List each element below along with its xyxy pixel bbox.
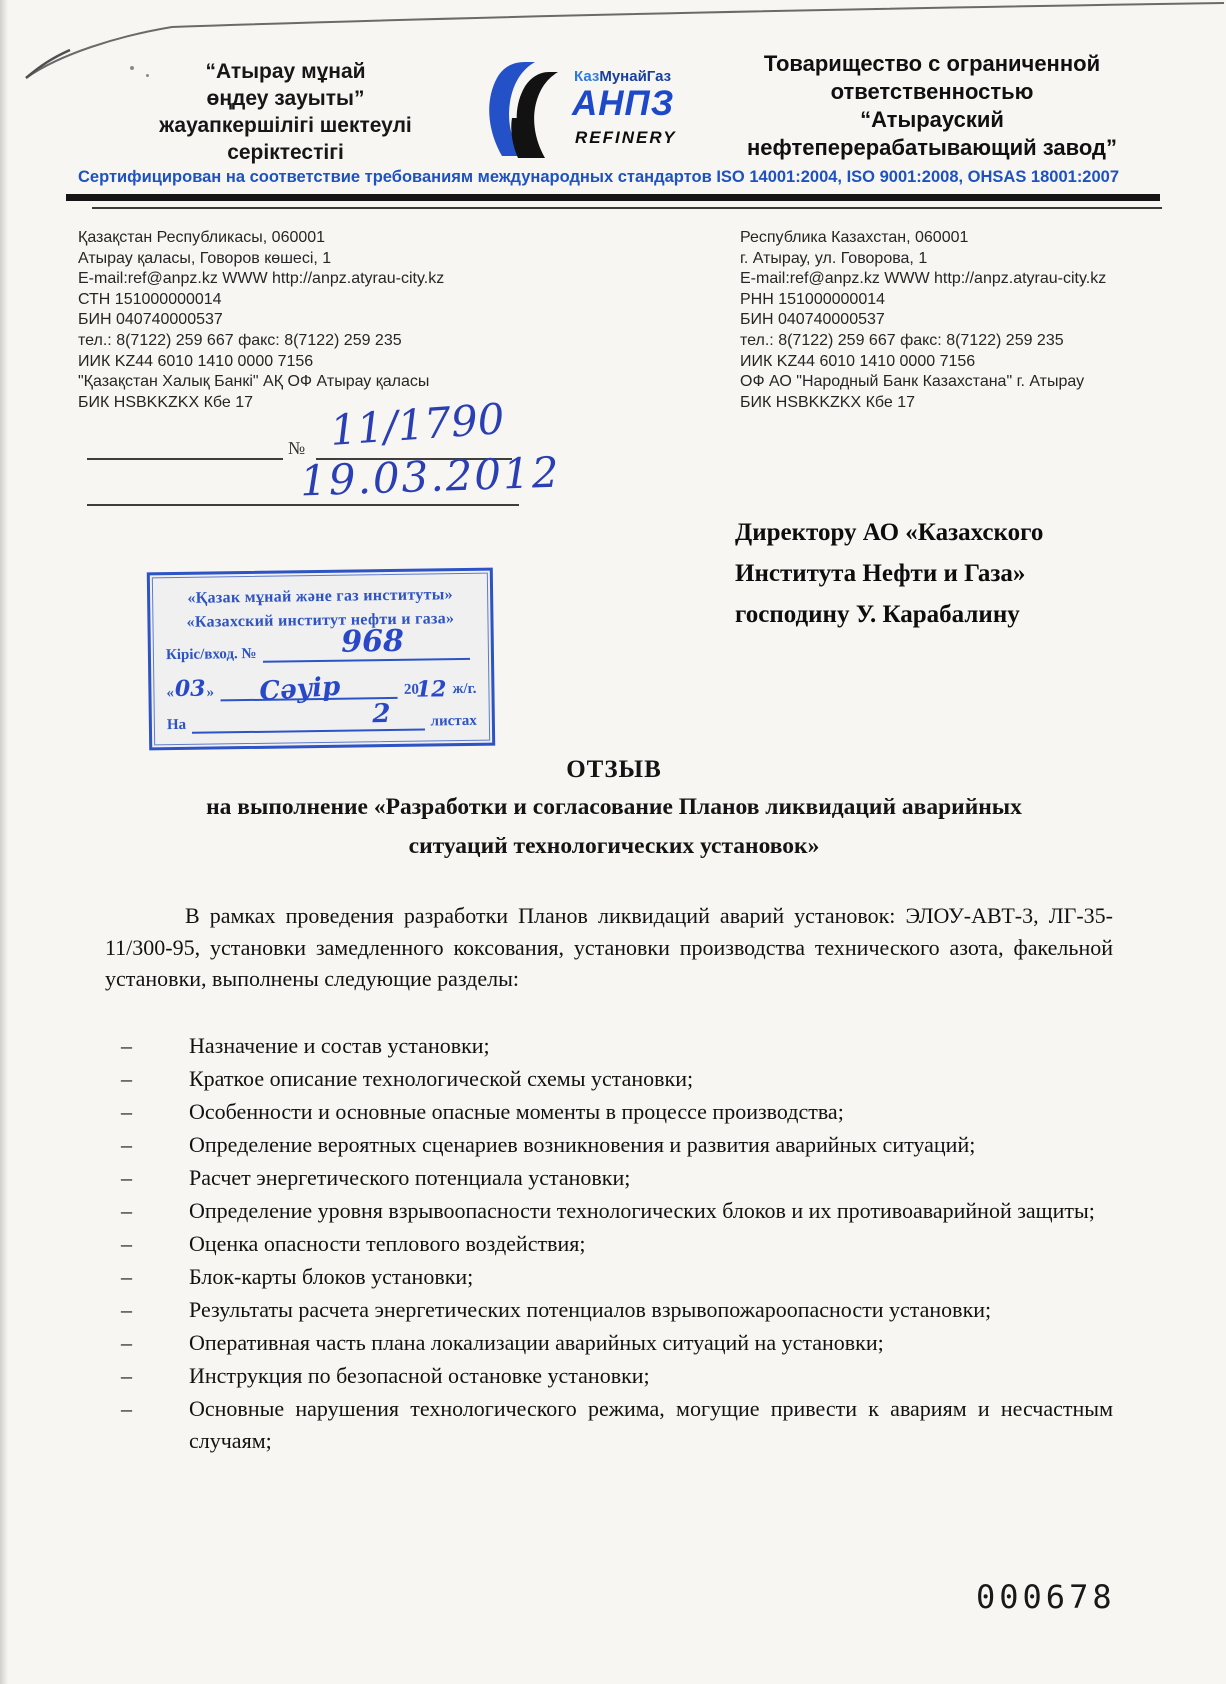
stamp-reg-label: Кіріс/вход. № (166, 646, 257, 664)
incoming-stamp: «Қазак мұнай және газ институты» «Казахс… (147, 568, 495, 751)
list-item: –Оперативная часть плана локализации ава… (105, 1327, 1113, 1359)
list-item-text: Определение уровня взрывоопасности техно… (189, 1195, 1113, 1227)
contacts-kazakh-column: Қазақстан Республикасы, 060001 Атырау қа… (78, 228, 558, 413)
kazmunaygas-logo-icon (482, 60, 564, 160)
contact-line: РНН 151000000014 (740, 290, 1220, 311)
logo-anpz-text: АНПЗ (572, 84, 674, 124)
ref-blank-line (87, 438, 283, 460)
ref-date-handwritten: 19.03.2012 (299, 447, 561, 505)
list-item-text: Инструкция по безопасной остановке устан… (189, 1360, 1113, 1392)
contact-line: тел.: 8(7122) 259 667 факс: 8(7122) 259 … (740, 331, 1220, 352)
contact-line: БИН 040740000537 (740, 310, 1220, 331)
company-name-line: серіктестігі (118, 139, 453, 166)
list-item: –Назначение и состав установки; (105, 1030, 1113, 1062)
review-heading: ОТЗЫВ на выполнение «Разработки и соглас… (108, 756, 1120, 866)
company-name-line: “Атырауский (728, 106, 1136, 134)
logo-brand-right: МунайГаз (599, 68, 671, 85)
list-item: –Краткое описание технологической схемы … (105, 1063, 1113, 1095)
company-name-line: жауапкершілігі шектеулі (118, 112, 453, 139)
company-name-line: өңдеу зауыты” (118, 85, 453, 112)
review-subtitle-line: на выполнение «Разработки и согласование… (108, 788, 1120, 827)
list-dash: – (105, 1030, 189, 1062)
addressee-line: Института Нефти и Газа» (735, 553, 1145, 594)
contact-line: Атырау қаласы, Говоров көшесі, 1 (78, 249, 558, 270)
list-dash: – (105, 1228, 189, 1260)
list-item-text: Основные нарушения технологического режи… (189, 1393, 1113, 1457)
certification-line: Сертифицирован на соответствие требовани… (78, 168, 1158, 187)
logo-refinery-text: REFINERY (575, 128, 677, 148)
stamp-reg-line: 968 (262, 640, 470, 663)
list-item: –Инструкция по безопасной остановке уста… (105, 1360, 1113, 1392)
stamp-day-handwritten: 03 (175, 676, 206, 702)
contacts-russian-column: Республика Казахстан, 060001 г. Атырау, … (740, 228, 1220, 413)
list-dash: – (105, 1327, 189, 1359)
contact-line: "Қазақстан Халық Банкі" АҚ ОФ Атырау қал… (78, 372, 558, 393)
review-title: ОТЗЫВ (108, 756, 1120, 784)
company-name-line: Товарищество с ограниченной (728, 50, 1136, 78)
list-item: –Особенности и основные опасные моменты … (105, 1096, 1113, 1128)
header-rule-thin (92, 207, 1162, 209)
list-dash: – (105, 1360, 189, 1392)
stamp-sheets-count-handwritten: 2 (372, 699, 391, 729)
company-name-line: ответственностью (728, 78, 1136, 106)
review-intro-paragraph: В рамках проведения разработки Планов ли… (105, 900, 1113, 995)
list-item-text: Расчет энергетического потенциала устано… (189, 1162, 1113, 1194)
list-dash: – (105, 1261, 189, 1293)
stamp-sheets-suffix: листах (430, 713, 477, 731)
review-subtitle: на выполнение «Разработки и согласование… (108, 788, 1120, 866)
contact-line: Республика Казахстан, 060001 (740, 228, 1220, 249)
stamp-month-line: Сәуір (220, 679, 398, 701)
list-item: –Расчет энергетического потенциала устан… (105, 1162, 1113, 1194)
list-item: –Определение уровня взрывоопасности техн… (105, 1195, 1113, 1227)
contact-line: E-mail:ref@anpz.kz WWW http://anpz.atyra… (78, 269, 558, 290)
contact-line: ИИК KZ44 6010 1410 0000 7156 (740, 352, 1220, 373)
page-number-stamp: 000678 (976, 1578, 1116, 1616)
list-item-text: Оперативная часть плана локализации авар… (189, 1327, 1113, 1359)
incoming-stamp-inner: «Қазак мұнай және газ институты» «Казахс… (152, 573, 490, 746)
addressee-block: Директору АО «Казахского Института Нефти… (735, 512, 1145, 635)
list-dash: – (105, 1129, 189, 1161)
stamp-month-handwritten: Сәуір (258, 672, 341, 707)
list-item: –Определение вероятных сценариев возникн… (105, 1129, 1113, 1161)
list-item: –Основные нарушения технологического реж… (105, 1393, 1113, 1457)
addressee-line: Директору АО «Казахского (735, 512, 1145, 553)
list-item-text: Определение вероятных сценариев возникно… (189, 1129, 1113, 1161)
contact-line: ИИК KZ44 6010 1410 0000 7156 (78, 352, 558, 373)
list-dash: – (105, 1096, 189, 1128)
contact-line: тел.: 8(7122) 259 667 факс: 8(7122) 259 … (78, 331, 558, 352)
company-name-line: “Атырау мұнай (118, 58, 453, 85)
list-item: –Блок-карты блоков установки; (105, 1261, 1113, 1293)
contact-line: БИК HSBKKZKX Кбе 17 (740, 393, 1220, 414)
company-name-line: нефтеперерабатывающий завод” (728, 134, 1136, 162)
contact-line: БИН 040740000537 (78, 310, 558, 331)
list-dash: – (105, 1294, 189, 1326)
paper-edge-shadow (0, 0, 8, 1684)
list-item-text: Результаты расчета энергетических потенц… (189, 1294, 1113, 1326)
logo-brand-left: Каз (574, 68, 599, 85)
list-item-text: Назначение и состав установки; (189, 1030, 1113, 1062)
list-item: –Результаты расчета энергетических потен… (105, 1294, 1113, 1326)
review-subtitle-line: ситуаций технологических установок» (108, 827, 1120, 866)
list-item-text: Оценка опасности теплового воздействия; (189, 1228, 1113, 1260)
stamp-org-name-kk: «Қазак мұнай және газ институты» (165, 586, 475, 608)
list-dash: – (105, 1162, 189, 1194)
contact-line: ОФ АО "Народный Банк Казахстана" г. Атыр… (740, 372, 1220, 393)
company-name-kazakh: “Атырау мұнай өңдеу зауыты” жауапкершілі… (118, 58, 453, 166)
company-name-russian: Товарищество с ограниченной ответственно… (728, 50, 1136, 162)
header-rule-thick (66, 194, 1160, 201)
stamp-reg-row: Кіріс/вход. № 968 (166, 640, 476, 664)
stamp-org-name-ru: «Казахский институт нефти и газа» (165, 610, 475, 632)
addressee-line: господину У. Карабалину (735, 594, 1145, 635)
logo-brand-text: КазМунайГаз (574, 68, 671, 85)
stamp-sheets-row: На 2 листах (167, 710, 477, 734)
list-dash: – (105, 1195, 189, 1227)
list-item: –Оценка опасности теплового воздействия; (105, 1228, 1113, 1260)
stamp-quote-close: » (206, 684, 214, 701)
scanned-letter-page: { "header": { "left_company": ["“Атырау … (0, 0, 1226, 1684)
contact-line: Қазақстан Республикасы, 060001 (78, 228, 558, 249)
review-items-list: –Назначение и состав установки; –Краткое… (105, 1030, 1113, 1458)
contact-line: СТН 151000000014 (78, 290, 558, 311)
contact-line: г. Атырау, ул. Говорова, 1 (740, 249, 1220, 270)
stamp-year-suffix: ж/г. (452, 681, 476, 698)
company-logo: КазМунайГаз АНПЗ REFINERY (482, 56, 712, 168)
stamp-sheets-label: На (167, 717, 186, 734)
list-dash: – (105, 1063, 189, 1095)
stamp-reg-number-handwritten: 968 (341, 624, 404, 660)
stamp-date-row: «03» Сәуір 2012 ж/г. (166, 672, 476, 702)
list-item-text: Особенности и основные опасные моменты в… (189, 1096, 1113, 1128)
list-dash: – (105, 1393, 189, 1457)
list-item-text: Краткое описание технологической схемы у… (189, 1063, 1113, 1095)
stamp-quote-open: « (166, 685, 174, 702)
contact-line: E-mail:ref@anpz.kz WWW http://anpz.atyra… (740, 269, 1220, 290)
stamp-year-handwritten: 12 (416, 676, 447, 702)
list-item-text: Блок-карты блоков установки; (189, 1261, 1113, 1293)
stamp-sheets-line: 2 (192, 711, 425, 734)
